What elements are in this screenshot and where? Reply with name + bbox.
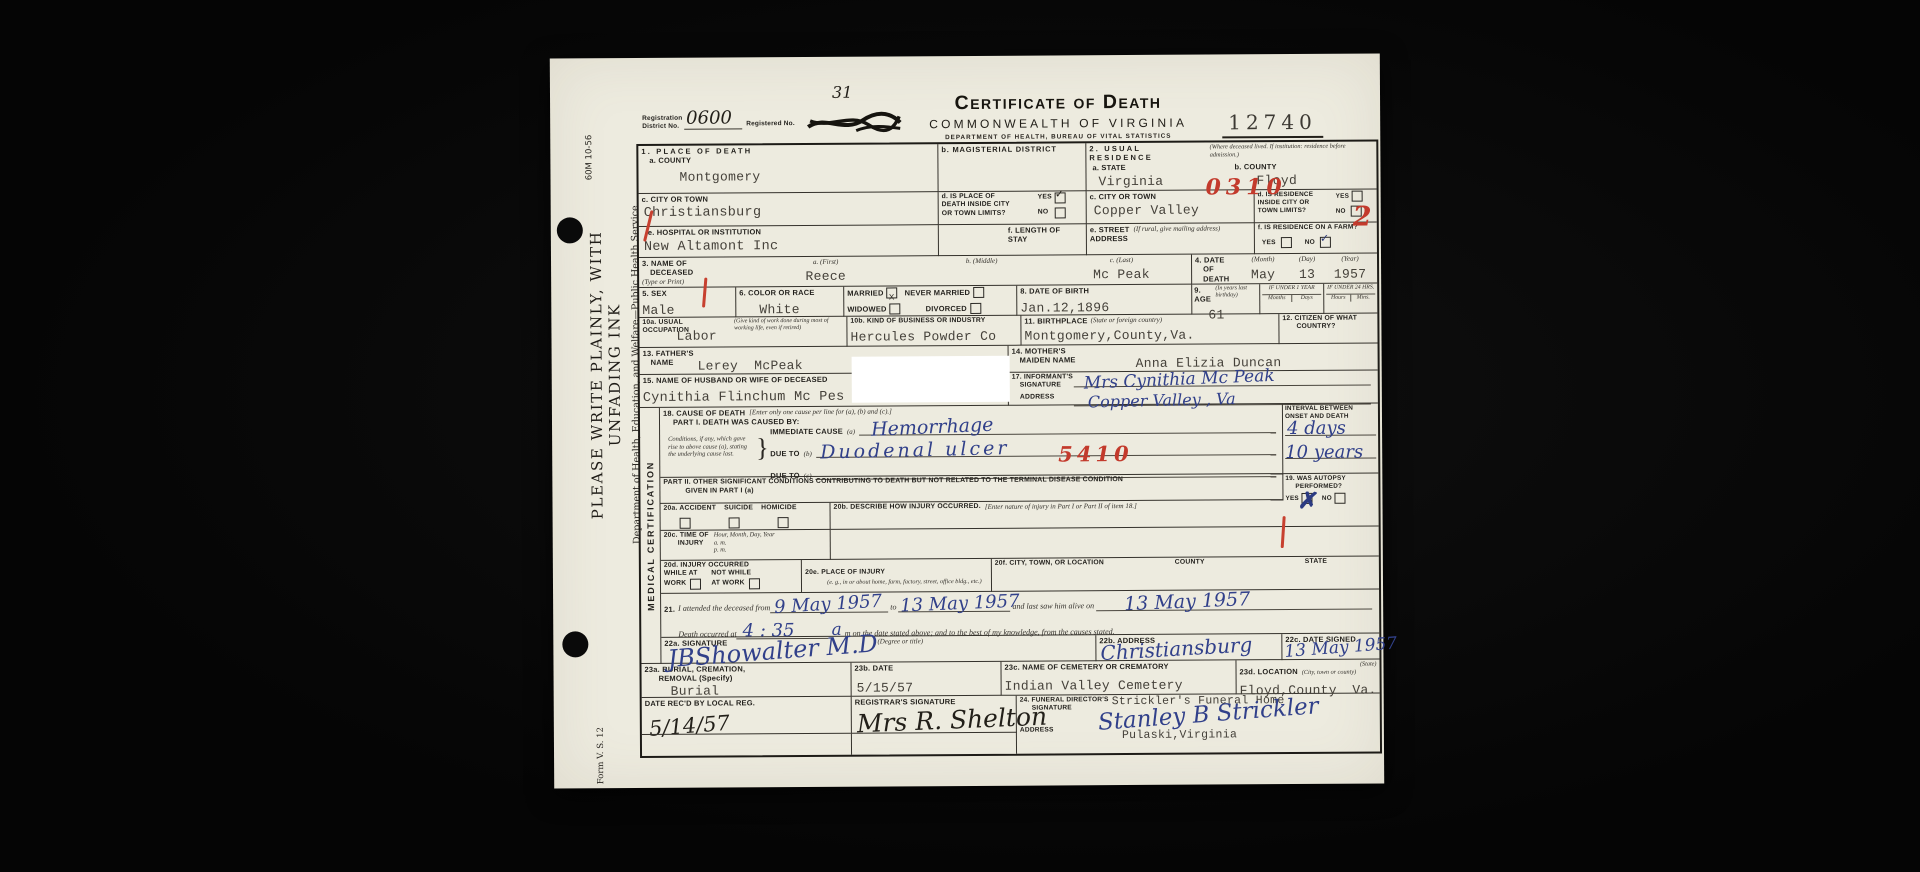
field-describe-injury: 20b. DESCRIBE HOW INJURY OCCURRED.[Enter…	[830, 499, 1378, 529]
margin-instructions: PLEASE WRITE PLAINLY, WITH UNFADING INK …	[587, 182, 643, 568]
row-sex-race-marital: 5. SEX Male 6. COLOR OR RACE White MARRI…	[639, 283, 1377, 318]
medical-certification-band: MEDICAL CERTIFICATION	[640, 408, 662, 664]
write-plainly-note: PLEASE WRITE PLAINLY, WITH UNFADING INK	[587, 182, 625, 568]
autopsy-yes-checkbox: ✗	[1302, 493, 1313, 504]
death-certificate-document: 60M 10-56 PLEASE WRITE PLAINLY, WITH UNF…	[550, 53, 1384, 788]
field-age-under-1yr: IF UNDER 1 YEAR Months Days	[1260, 284, 1324, 314]
redaction-box	[852, 356, 1010, 403]
field-accident-suicide-homicide: 20a. ACCIDENT SUICIDE HOMICIDE	[661, 503, 831, 531]
field-cemetery-name: 23c. NAME OF CEMETERY OR CREMATORY India…	[1001, 660, 1236, 695]
cause-line-a: IMMEDIATE CAUSE(a) Hemorrhage	[770, 422, 1276, 436]
registration-district-value: 0600	[684, 109, 742, 129]
page-title: Certificate of Death	[908, 91, 1208, 116]
field-injury-at-work: 20d. INJURY OCCURRED WHILE AT WORK NOT W…	[661, 560, 802, 594]
cause-a-handwriting: Hemorrhage	[871, 416, 994, 440]
field-registrar-signature: REGISTRAR'S SIGNATURE Mrs R. Shelton	[852, 696, 1017, 755]
last-seen-handwriting: 13 May 1957	[1124, 590, 1251, 614]
red-code-0310: 0310	[1206, 176, 1287, 198]
date-received-handwriting: 5/14/57	[648, 704, 848, 740]
field-age-under-24h: IF UNDER 24 HRS. Hours Mins.	[1324, 283, 1377, 313]
field-time-of-injury-blank	[831, 526, 1379, 559]
cause-b-handwriting: Duodenal ulcer	[820, 439, 1010, 462]
red-mark-2: 2	[1353, 204, 1372, 231]
field-length-of-stay: f. LENGTH OF STAY	[939, 224, 1087, 256]
certificate-form-table: 1. PLACE OF DEATH a. COUNTY Montgomery b…	[636, 139, 1382, 758]
field-date-of-birth: 8. DATE OF BIRTH Jan.12,1896	[1017, 285, 1192, 316]
cause-line-b: DUE TO(b) Duodenal ulcer	[770, 444, 1276, 458]
scratched-out-number	[806, 106, 902, 140]
form-number: Form V. S. 12	[596, 704, 606, 784]
informant-signature-handwriting: Mrs Cynithia Mc Peak	[1083, 368, 1274, 393]
field-informant: 17. INFORMANT'S SIGNATURE Mrs Cynithia M…	[1009, 370, 1378, 405]
medical-certification-block: MEDICAL CERTIFICATION 18. CAUSE OF DEATH…	[640, 403, 1380, 664]
check-mark-icon: ✓	[1055, 187, 1064, 200]
field-citizen-country: 12. CITIZEN OF WHAT COUNTRY?	[1279, 313, 1377, 344]
field-autopsy: 19. WAS AUTOPSY PERFORMED? YES ✗ NO	[1283, 473, 1378, 500]
field-age: 9. AGE(In years last birthday) 61	[1192, 284, 1260, 314]
field-date-signed: 22c. DATE SIGNED 13 May 1957	[1282, 633, 1379, 660]
field-cause-of-death: 18. CAUSE OF DEATH[Enter only one cause …	[660, 404, 1283, 478]
field-burial-date: 23b. DATE 5/15/57	[851, 662, 1001, 697]
death-inside-no-checkbox	[1054, 207, 1065, 218]
autopsy-no-checkbox	[1335, 493, 1346, 504]
suicide-checkbox	[729, 518, 740, 529]
interval-b-handwriting: 10 years	[1285, 444, 1363, 462]
field-sex: 5. SEX Male	[639, 287, 736, 318]
field-usual-occupation: 10a. USUAL OCCUPATION(Give kind of work …	[639, 317, 847, 348]
field-interval-onset-death: INTERVAL BETWEEN ONSET AND DEATH 4 days …	[1283, 403, 1378, 474]
field-business-industry: 10b. KIND OF BUSINESS OR INDUSTRY Hercul…	[847, 316, 1021, 347]
print-run-code: 60M 10-56	[584, 110, 594, 180]
not-while-at-work-checkbox	[749, 578, 760, 589]
commonwealth-subtitle: COMMONWEALTH OF VIRGINIA	[908, 116, 1208, 132]
red-code-5410: 5410	[1058, 443, 1133, 464]
row-attended: 21. I attended the deceased from 9 May 1…	[661, 589, 1379, 637]
field-death-city: c. CITY OR TOWN Christiansburg	[639, 192, 939, 227]
conditions-brace: }	[756, 433, 769, 463]
typed-x-mark: x	[889, 292, 895, 303]
punch-hole-top	[557, 217, 583, 243]
registered-no-label: Registered No.	[746, 120, 795, 128]
row-cause-of-death: 18. CAUSE OF DEATH[Enter only one cause …	[660, 403, 1378, 477]
check-mark-icon: ✓	[1320, 232, 1329, 245]
field-funeral-director: 24. FUNERAL DIRECTOR'S SIGNATURE ADDRESS…	[1017, 693, 1380, 753]
field-color-race: 6. COLOR OR RACE White	[736, 287, 844, 318]
widowed-checkbox	[890, 303, 901, 314]
death-inside-yes-checkbox: ✓	[1055, 192, 1066, 203]
field-name-of-deceased: 3. NAME OF DECEASED (Type or Print) a. (…	[639, 255, 1192, 288]
field-death-inside-limits: d. IS PLACE OF DEATH INSIDE CITY OR TOWN…	[939, 191, 1087, 225]
punch-hole-bottom	[562, 631, 588, 657]
accident-checkbox	[680, 518, 691, 529]
field-cemetery-location: 23d. LOCATION (City, town or county) (St…	[1236, 659, 1379, 694]
field-attendance-statement: 21. I attended the deceased from 9 May 1…	[661, 589, 1379, 637]
certificate-number-stamp: 12740	[1222, 110, 1323, 139]
row-time-of-injury: 20c. TIME OF INJURY Hour, Month, Day, Ye…	[661, 526, 1379, 560]
row-occupation-birthplace: 10a. USUAL OCCUPATION(Give kind of work …	[639, 313, 1377, 348]
document-title-block: Certificate of Death COMMONWEALTH OF VIR…	[908, 91, 1208, 142]
field-marital-status: MARRIED x NEVER MARRIED WIDOWED DIVORCED	[844, 286, 1017, 317]
field-injury-location: 20f. CITY, TOWN, OR LOCATION COUNTY STAT…	[992, 556, 1379, 591]
field-street-address: e. STREET(If rural, give mailing address…	[1087, 223, 1255, 255]
row-injury-place: 20d. INJURY OCCURRED WHILE AT WORK NOT W…	[661, 556, 1379, 593]
homicide-checkbox	[778, 518, 789, 529]
farm-no-checkbox: ✓	[1320, 237, 1331, 248]
field-time-of-injury: 20c. TIME OF INJURY Hour, Month, Day, Ye…	[661, 530, 831, 561]
residence-inside-yes-checkbox	[1352, 191, 1363, 202]
row-name-date-of-death: 3. NAME OF DECEASED (Type or Print) a. (…	[639, 253, 1377, 288]
field-birthplace: 11. BIRTHPLACE(State or foreign country)…	[1021, 314, 1279, 346]
field-magisterial-district: b. MAGISTERIAL DISTRICT	[938, 143, 1086, 192]
attended-from-handwriting: 9 May 1957	[774, 593, 883, 617]
field-date-received: DATE REC'D BY LOCAL REG. 5/14/57	[642, 697, 852, 756]
attended-to-handwriting: 13 May 1957	[900, 593, 1020, 616]
row-hospital-street: e. HOSPITAL OR INSTITUTION New Altamont …	[639, 222, 1377, 258]
field-place-of-death-county: 1. PLACE OF DEATH a. COUNTY Montgomery	[638, 144, 938, 194]
scan-background: 60M 10-56 PLEASE WRITE PLAINLY, WITH UNF…	[0, 0, 1920, 872]
married-checkbox: x	[887, 287, 898, 298]
field-physician-address: 22b. ADDRESS Christiansburg	[1096, 634, 1282, 661]
registered-no-corrected-value: 31	[832, 85, 852, 101]
field-place-of-injury: 20e. PLACE OF INJURY (e. g., in or about…	[802, 559, 992, 593]
field-date-of-death: 4. DATE OF DEATH (Month)May (Day)13 (Yea…	[1192, 253, 1377, 284]
field-physician-signature: 22a. SIGNATURE (Degree or title) JBShowa…	[661, 635, 1096, 664]
while-at-work-checkbox	[690, 579, 701, 590]
farm-yes-checkbox	[1281, 237, 1292, 248]
row-registrar-funeral: DATE REC'D BY LOCAL REG. 5/14/57 REGISTR…	[642, 693, 1380, 756]
field-part2-conditions: PART II. OTHER SIGNIFICANT CONDITIONS CO…	[660, 474, 1283, 504]
divorced-checkbox	[970, 303, 981, 314]
field-hospital: e. HOSPITAL OR INSTITUTION New Altamont …	[639, 225, 939, 258]
never-married-checkbox	[973, 287, 984, 298]
